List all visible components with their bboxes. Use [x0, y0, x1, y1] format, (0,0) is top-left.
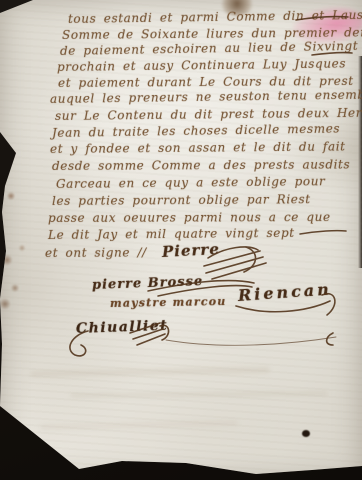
show-through-mark: [70, 391, 328, 398]
manuscript-line: auquel les preneurs ne seuston tenu ense…: [50, 87, 362, 106]
manuscript-line: prochain et ausy Continuera Luy Jusques: [57, 56, 346, 74]
signature-riencan: Riencan: [237, 279, 332, 305]
signature-pierre: Pierre: [162, 240, 221, 261]
manuscript-line: les parties pourront oblige par Riest: [52, 192, 311, 208]
left-edge-spots: [0, 178, 34, 328]
manuscript-line: Jean du traite les choses dicelle mesmes: [52, 121, 340, 140]
manuscript-line: de paiement eschoiren au lieu de Sixving…: [60, 39, 358, 58]
ink-dot: [302, 430, 310, 437]
manuscript-line: et ont signe //: [45, 245, 147, 260]
manuscript-line: passe aux oeuures parmi nous a ce que: [48, 210, 331, 225]
signature-marcou: maystre marcou: [110, 295, 227, 310]
manuscript-line: tous estandi et parmi Comme din et Lausp: [68, 8, 362, 26]
manuscript-line: desde somme Comme a des prests ausdits: [52, 157, 350, 173]
manuscript-line: Garceau en ce quy a este oblige pour: [56, 174, 326, 191]
show-through-mark: [30, 367, 270, 377]
manuscript-line: Le dit Jay et mil quatre vingt sept: [48, 226, 295, 242]
manuscript-line: et y fondee et son assan et le dit du fa…: [50, 139, 346, 156]
show-through-mark: [40, 420, 238, 430]
paper-sheet: tous estandi et parmi Comme din et Lausp…: [0, 0, 362, 480]
signature-brosse: pierre Brosse: [92, 274, 204, 293]
manuscript-scan: tous estandi et parmi Comme din et Lausp…: [0, 0, 362, 480]
manuscript-line: sur Le Contenu du dit prest tous deux He…: [55, 105, 362, 123]
signature-chivalliet: Chiualliet: [76, 318, 169, 337]
